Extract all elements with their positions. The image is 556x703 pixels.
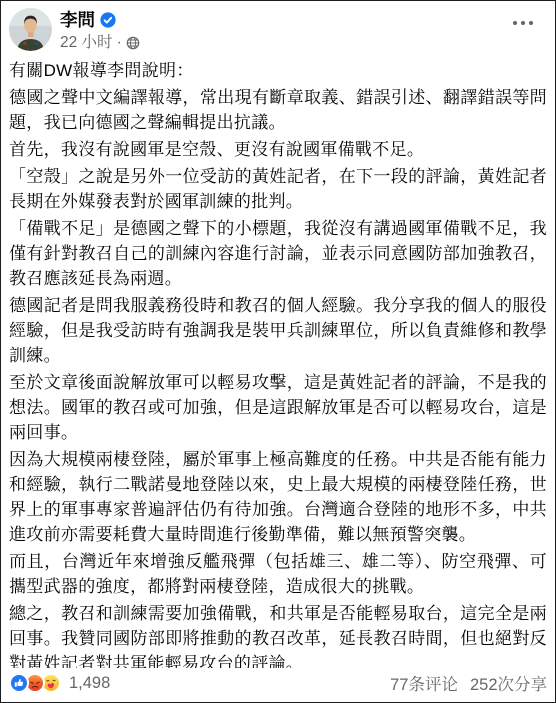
timestamp[interactable]: 22 小时: [60, 33, 113, 52]
avatar-photo: [9, 8, 52, 51]
post-paragraph: 至於文章後面說解放軍可以輕易攻擊，這是黃姓記者的評論，不是我的想法。國軍的教召或…: [9, 370, 547, 445]
comment-share-counts: 77条评论 252次分享: [390, 671, 547, 695]
post-paragraph: 總之，教召和訓練需要加強備戰，和共軍是否能輕易取台，這完全是兩回事。我贊同國防部…: [9, 601, 547, 668]
post-engagement-bar: 1,498 77条评论 252次分享: [1, 668, 555, 702]
header-text: 李問 22 小时 ·: [60, 8, 140, 52]
like-reaction-icon[interactable]: [9, 673, 29, 693]
post-paragraph: 有關DW報導李問說明：: [9, 58, 547, 83]
post-paragraph: 德國之聲中文編譯報導，常出現有斷章取義、錯誤引述、翻譯錯誤等問題，我已向德國之聲…: [9, 85, 547, 135]
post-header: 李問 22 小时 ·: [1, 1, 555, 56]
verified-badge-icon: [100, 12, 116, 28]
shares-count[interactable]: 252次分享: [470, 671, 547, 695]
reaction-icon-stack: [9, 673, 61, 693]
meta-separator: ·: [117, 33, 122, 52]
reactions-summary[interactable]: 1,498: [9, 673, 110, 693]
post-paragraph: 因為大規模兩棲登陸，屬於軍事上極高難度的任務。中共是否能有能力和經驗，執行二戰諾…: [9, 447, 547, 547]
globe-public-icon: [126, 36, 140, 50]
post-options-menu-icon[interactable]: [509, 17, 537, 29]
post-body-text: 有關DW報導李問說明： 德國之聲中文編譯報導，常出現有斷章取義、錯誤引述、翻譯錯…: [1, 56, 555, 668]
post-meta: 22 小时 ·: [60, 33, 140, 52]
avatar[interactable]: [9, 8, 52, 51]
post-paragraph: 德國記者是問我服義務役時和教召的個人經驗。我分享我的個人的服役經驗，但是我受訪時…: [9, 293, 547, 368]
post-paragraph: 「空殼」之說是另外一位受訪的黃姓記者，在下一段的評論，黃姓記者長期在外媒發表對於…: [9, 164, 547, 214]
post-paragraph: 而且，台灣近年來增強反艦飛彈（包括雄三、雄二等）、防空飛彈、可攜型武器的強度，都…: [9, 549, 547, 599]
post-paragraph: 首先，我沒有說國軍是空殼、更沒有說國軍備戰不足。: [9, 137, 547, 162]
author-name[interactable]: 李問: [60, 9, 95, 31]
reaction-count[interactable]: 1,498: [69, 674, 110, 693]
post-paragraph: 「備戰不足」是德國之聲下的小標題，我從沒有講過國軍備戰不足，我僅有針對教召自己的…: [9, 216, 547, 291]
facebook-post-card: 李問 22 小时 ·: [0, 0, 556, 703]
comments-count[interactable]: 77条评论: [390, 671, 458, 695]
